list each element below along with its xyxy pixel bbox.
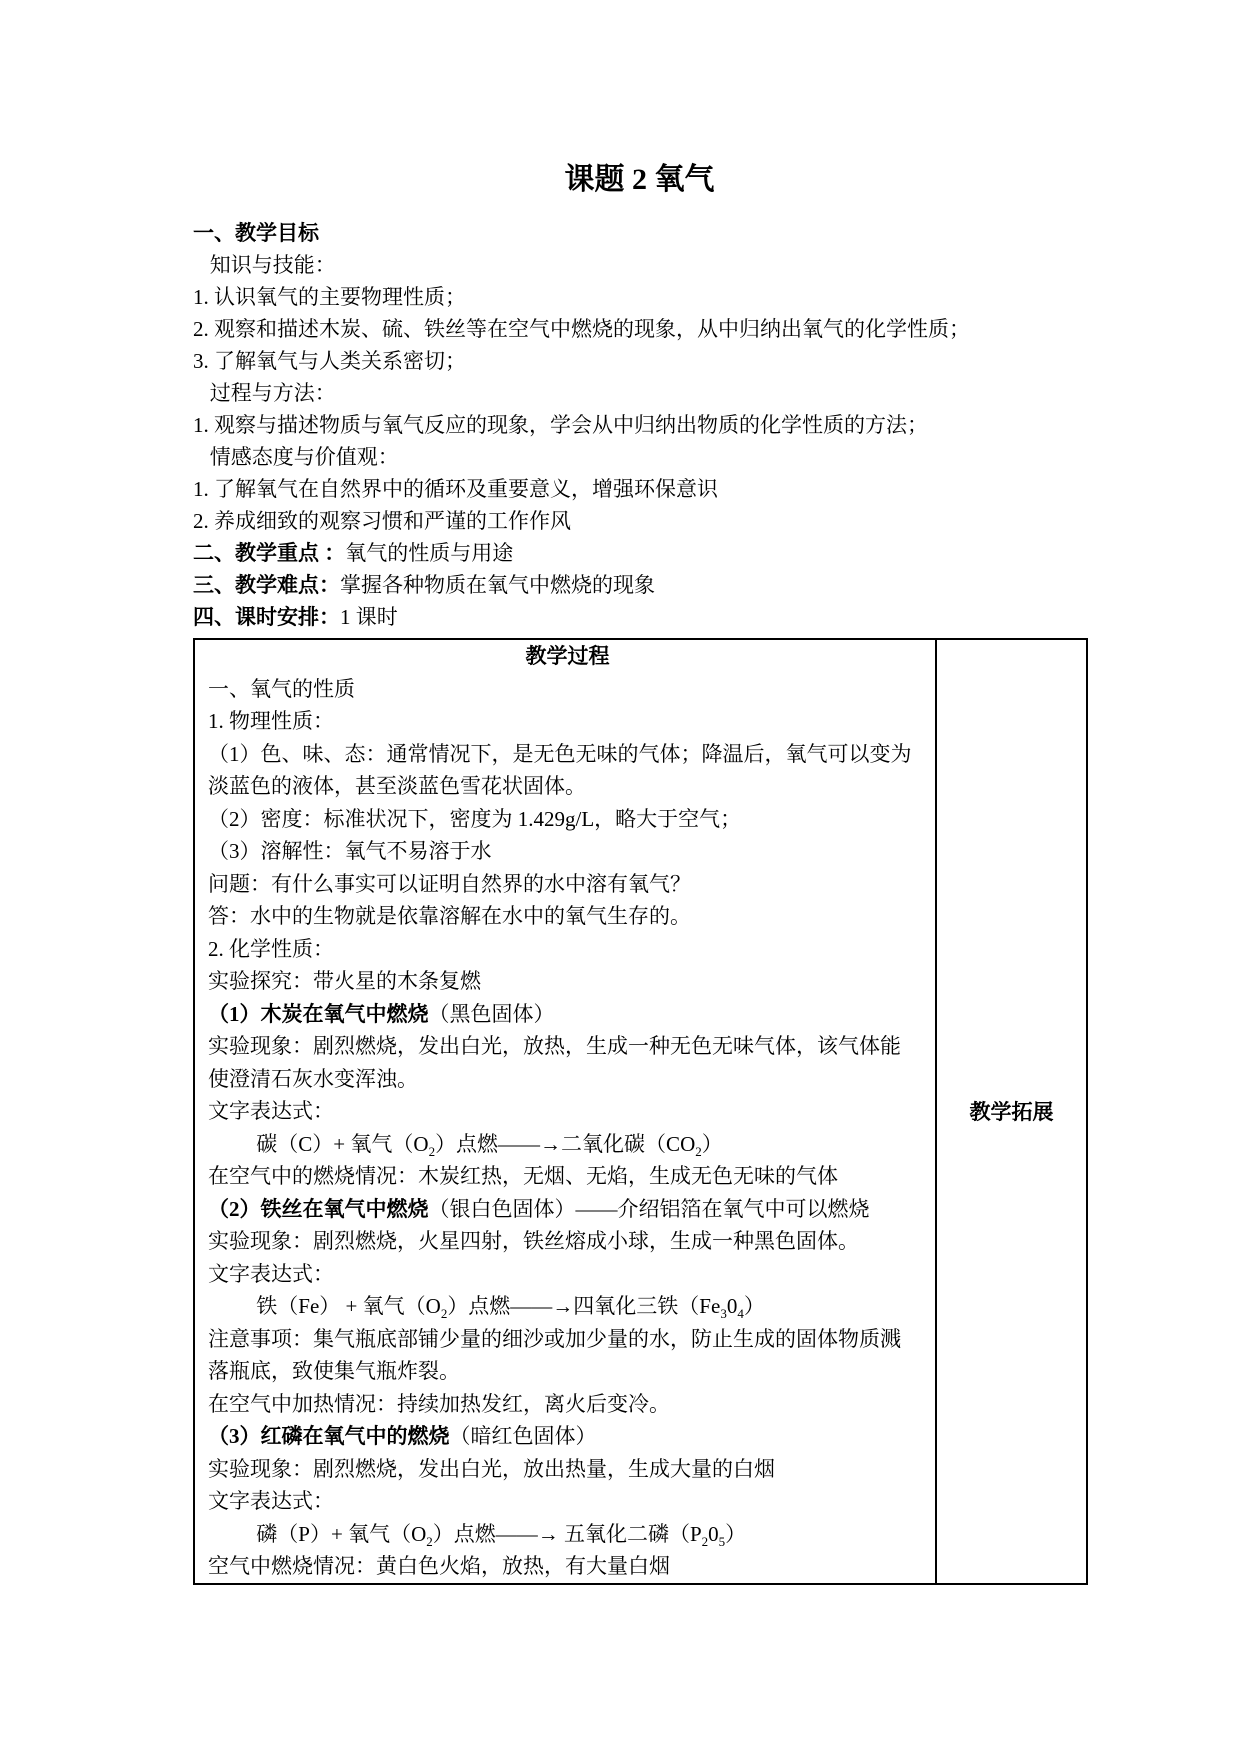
teaching-process-table: 教学过程一、氧气的性质1. 物理性质：（1）色、味、态：通常情况下，是无色无味的…: [193, 638, 1088, 1585]
text-line: 2. 化学性质：: [208, 933, 927, 966]
text-line: 在空气中的燃烧情况：木炭红热，无烟、无焰，生成无色无味的气体: [208, 1160, 927, 1193]
text-line: 二、教学重点 ：氧气的性质与用途: [193, 537, 1086, 569]
teaching-extension-cell: 教学拓展: [936, 639, 1087, 1584]
text-line: 文字表达式：: [208, 1258, 927, 1291]
text-line: 问题：有什么事实可以证明自然界的水中溶有氧气？: [208, 868, 927, 901]
preamble-section: 一、教学目标知识与技能：1. 认识氧气的主要物理性质；2. 观察和描述木炭、硫、…: [193, 217, 1086, 633]
text-line: 落瓶底，致使集气瓶炸裂。: [208, 1355, 927, 1388]
text-line: 三、教学难点：掌握各种物质在氧气中燃烧的现象: [193, 569, 1086, 601]
text-line: 1. 物理性质：: [208, 705, 927, 738]
document-page: 课题 2 氧气 一、教学目标知识与技能：1. 认识氧气的主要物理性质；2. 观察…: [0, 0, 1241, 1754]
text-line: 3. 了解氧气与人类关系密切；: [193, 345, 1086, 377]
table-header-line: 教学过程: [208, 640, 927, 673]
text-line: 注意事项：集气瓶底部铺少量的细沙或加少量的水，防止生成的固体物质溅: [208, 1323, 927, 1356]
text-line: 磷（P）+ 氧气（O2）点燃——→ 五氧化二磷（P205）: [208, 1518, 927, 1551]
text-line: （1）色、味、态：通常情况下，是无色无味的气体；降温后，氧气可以变为: [208, 738, 927, 771]
text-line: 实验现象：剧烈燃烧，火星四射，铁丝熔成小球，生成一种黑色固体。: [208, 1225, 927, 1258]
text-line: 答：水中的生物就是依靠溶解在水中的氧气生存的。: [208, 900, 927, 933]
text-line: 碳（C）+ 氧气（O2）点燃——→二氧化碳（CO2）: [208, 1128, 927, 1161]
text-line: 使澄清石灰水变浑浊。: [208, 1063, 927, 1096]
page-title: 课题 2 氧气: [193, 158, 1086, 202]
text-line: 1. 观察与描述物质与氧气反应的现象，学会从中归纳出物质的化学性质的方法；: [193, 409, 1086, 441]
teaching-extension-label: 教学拓展: [970, 1100, 1054, 1124]
text-line: 铁（Fe） + 氧气（O2）点燃——→四氧化三铁（Fe304）: [208, 1290, 927, 1323]
text-line: 过程与方法：: [193, 377, 1086, 409]
teaching-process-cell: 教学过程一、氧气的性质1. 物理性质：（1）色、味、态：通常情况下，是无色无味的…: [194, 639, 936, 1584]
text-line: 在空气中加热情况：持续加热发红，离火后变冷。: [208, 1388, 927, 1421]
text-line: 一、氧气的性质: [208, 673, 927, 706]
text-line: 实验探究：带火星的木条复燃: [208, 965, 927, 998]
text-line: 2. 养成细致的观察习惯和严谨的工作作风: [193, 505, 1086, 537]
text-line: 实验现象：剧烈燃烧，发出白光，放热，生成一种无色无味气体，该气体能: [208, 1030, 927, 1063]
text-line: （2）铁丝在氧气中燃烧（银白色固体）——介绍铝箔在氧气中可以燃烧: [208, 1193, 927, 1226]
text-line: （1）木炭在氧气中燃烧（黑色固体）: [208, 998, 927, 1031]
text-line: 淡蓝色的液体，甚至淡蓝色雪花状固体。: [208, 770, 927, 803]
text-line: 一、教学目标: [193, 217, 1086, 249]
text-line: 空气中燃烧情况：黄白色火焰，放热，有大量白烟: [208, 1550, 927, 1583]
text-line: 情感态度与价值观：: [193, 441, 1086, 473]
document-content: 课题 2 氧气 一、教学目标知识与技能：1. 认识氧气的主要物理性质；2. 观察…: [193, 0, 1086, 1585]
text-line: 1. 了解氧气在自然界中的循环及重要意义，增强环保意识: [193, 473, 1086, 505]
text-line: （2）密度：标准状况下，密度为 1.429g/L，略大于空气；: [208, 803, 927, 836]
table-row: 教学过程一、氧气的性质1. 物理性质：（1）色、味、态：通常情况下，是无色无味的…: [194, 639, 1087, 1584]
text-line: （3）溶解性：氧气不易溶于水: [208, 835, 927, 868]
text-line: 实验现象：剧烈燃烧，发出白光，放出热量，生成大量的白烟: [208, 1453, 927, 1486]
text-line: 知识与技能：: [193, 249, 1086, 281]
text-line: 2. 观察和描述木炭、硫、铁丝等在空气中燃烧的现象，从中归纳出氧气的化学性质；: [193, 313, 1086, 345]
teaching-process-lines: 教学过程一、氧气的性质1. 物理性质：（1）色、味、态：通常情况下，是无色无味的…: [208, 640, 927, 1583]
text-line: 文字表达式：: [208, 1485, 927, 1518]
text-line: 1. 认识氧气的主要物理性质；: [193, 281, 1086, 313]
text-line: （3）红磷在氧气中的燃烧（暗红色固体）: [208, 1420, 927, 1453]
text-line: 文字表达式：: [208, 1095, 927, 1128]
text-line: 四、课时安排：1 课时: [193, 601, 1086, 633]
